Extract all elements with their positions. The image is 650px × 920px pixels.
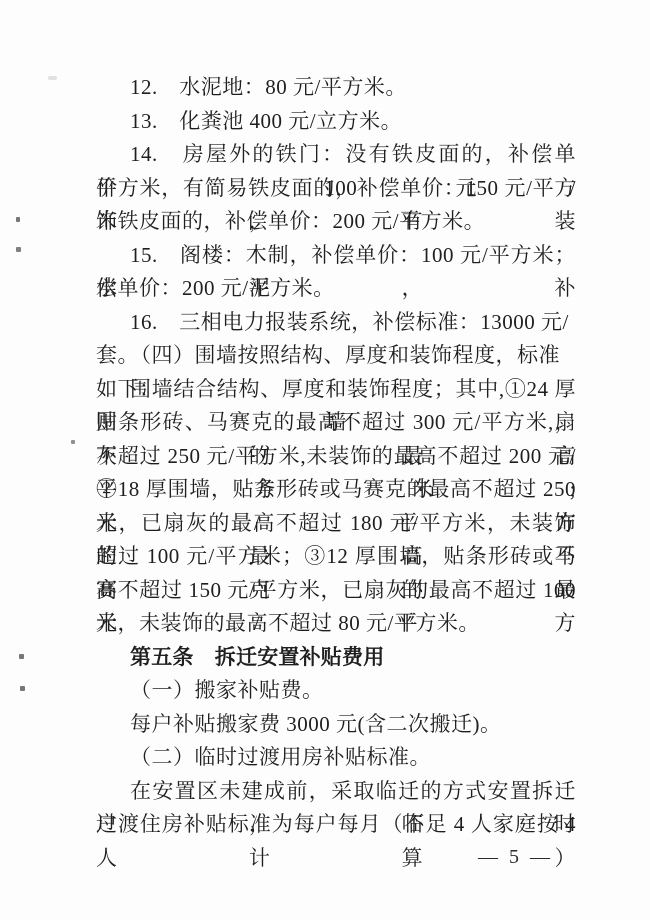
text-line: （二）临时过渡用房补贴标准。 — [96, 741, 576, 775]
scan-speck — [19, 654, 24, 659]
text-line: 平方米，有简易铁皮面的，补偿单价：150 元/平方米，有装 — [96, 172, 576, 206]
text-line: 每户补贴搬家费 3000 元(含二次搬迁)。 — [96, 708, 576, 742]
text-line: 在安置区未建成前，采取临迁的方式安置拆迁户，临时 — [96, 775, 576, 809]
text-line: ②18 厚围墙，贴条形砖或马赛克的最高不超过 250 元/平方 — [96, 473, 576, 507]
scan-speck — [48, 76, 57, 80]
text-line: 高不超过 150 元/平方米，已扇灰的最高不超过 100 元/平方 — [96, 574, 576, 608]
text-line: 围墙结合结构、厚度和装饰程度；其中,①24 厚围墙， — [96, 373, 576, 407]
text-line: 过渡住房补贴标准为每户每月（不足 4 人家庭按 4 人计算） — [96, 808, 576, 842]
text-line: 13. 化粪池 400 元/立方米。 — [96, 105, 576, 139]
text-line: 12. 水泥地：80 元/平方米。 — [96, 71, 576, 105]
scan-speck — [16, 247, 21, 252]
text-line: 贴条形砖、马赛克的最高不超过 300 元/平方米,扇灰的最高 — [96, 406, 576, 440]
scan-speck — [71, 440, 75, 444]
article-5-heading: 第五条 拆迁安置补贴费用 — [96, 641, 576, 675]
text-line: 16. 三相电力报装系统，补偿标准：13000 元/套。 — [96, 306, 576, 340]
document-page: 12. 水泥地：80 元/平方米。13. 化粪池 400 元/立方米。14. 房… — [0, 0, 650, 920]
scan-speck — [16, 217, 20, 222]
text-line: 14. 房屋外的铁门：没有铁皮面的，补偿单价：100 元/ — [96, 138, 576, 172]
text-line: 不超过 250 元/平方米,未装饰的最高不超过 200 元/平方米; — [96, 440, 576, 474]
text-line: （四）围墙按照结构、厚度和装饰程度，标准如下： — [96, 339, 576, 373]
document-lines: 12. 水泥地：80 元/平方米。13. 化粪池 400 元/立方米。14. 房… — [96, 71, 576, 842]
text-line: 15. 阁楼：木制，补偿单价：100 元/平方米；水泥，补 — [96, 239, 576, 273]
text-line: 米，已扇灰的最高不超过 180 元/平方米，未装饰的最高不 — [96, 507, 576, 541]
page-number: — 5 — — [478, 845, 553, 869]
text-line: 超过 100 元/平方米；③12 厚围墙，贴条形砖或马赛克的最 — [96, 540, 576, 574]
scan-speck — [20, 686, 25, 691]
text-line: （一）搬家补贴费。 — [96, 674, 576, 708]
